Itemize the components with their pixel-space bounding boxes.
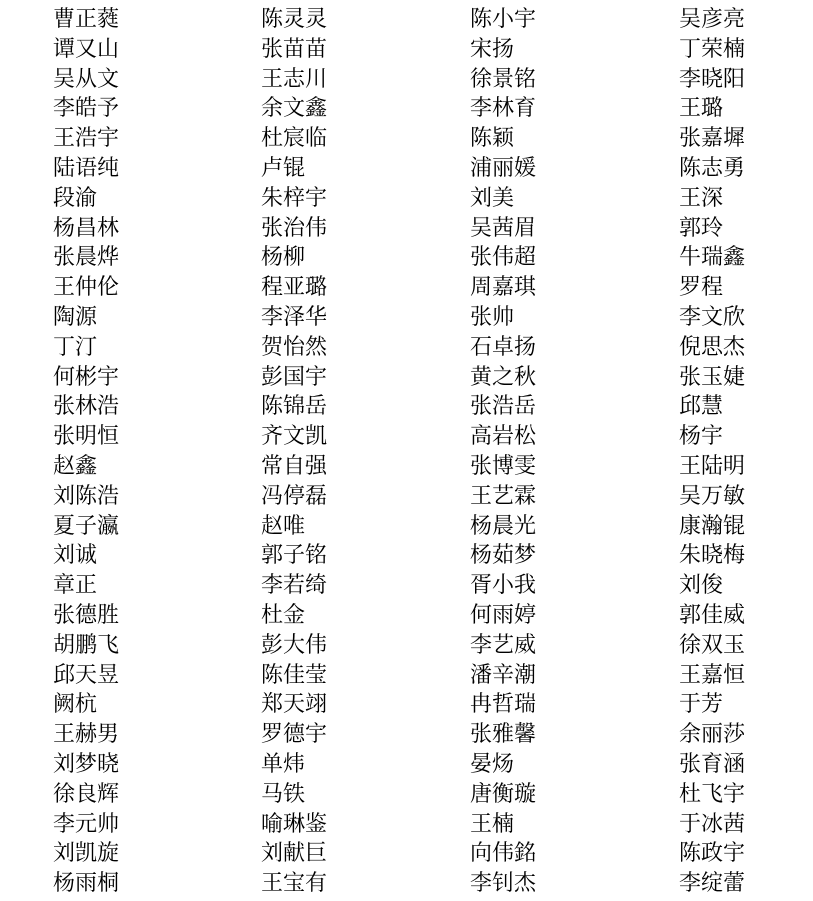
name-cell: 李元帅 [53, 810, 119, 840]
name-cell: 张德胜 [53, 601, 119, 631]
name-row: 丁汀贺怡然石卓扬倪思杰 [0, 333, 813, 363]
name-cell: 杨晨光 [470, 512, 536, 542]
name-cell: 张雅馨 [470, 720, 536, 750]
name-cell: 常自强 [261, 452, 327, 482]
name-cell: 张林浩 [53, 392, 119, 422]
name-row: 何彬宇彭国宇黄之秋张玉婕 [0, 363, 813, 393]
name-cell: 郑天翊 [261, 690, 327, 720]
name-cell: 余文鑫 [261, 94, 327, 124]
name-cell: 王志川 [261, 65, 327, 95]
name-cell: 马铁 [261, 780, 305, 810]
name-cell: 刘献巨 [261, 839, 327, 869]
name-cell: 冉哲瑞 [470, 690, 536, 720]
name-cell: 刘诚 [53, 541, 97, 571]
name-cell: 王楠 [470, 810, 514, 840]
name-cell: 杨雨桐 [53, 869, 119, 899]
name-row: 夏子瀛赵唯杨晨光康瀚锟 [0, 512, 813, 542]
name-row: 陆语纯卢锟浦丽媛陈志勇 [0, 154, 813, 184]
name-cell: 阙杭 [53, 690, 97, 720]
name-row: 张德胜杜金何雨婷郭佳威 [0, 601, 813, 631]
name-cell: 陈政宇 [679, 839, 745, 869]
name-cell: 罗德宇 [261, 720, 327, 750]
name-cell: 单炜 [261, 750, 305, 780]
name-row: 杨雨桐王宝有李钊杰李绽蕾 [0, 869, 813, 899]
name-cell: 谭又山 [53, 35, 119, 65]
name-cell: 杨昌林 [53, 214, 119, 244]
name-cell: 张晨烨 [53, 243, 119, 273]
name-cell: 向伟銘 [470, 839, 536, 869]
name-cell: 胥小我 [470, 571, 536, 601]
name-cell: 张浩岳 [470, 392, 536, 422]
name-list-grid: 曹正蕤陈灵灵陈小宇吴彦亮谭又山张苗苗宋扬丁荣楠吴从文王志川徐景铭李晓阳李皓予余文… [0, 5, 813, 899]
name-cell: 段渝 [53, 184, 97, 214]
name-row: 刘梦晓单炜晏炀张育涵 [0, 750, 813, 780]
name-cell: 何彬宇 [53, 363, 119, 393]
name-cell: 倪思杰 [679, 333, 745, 363]
name-cell: 王宝有 [261, 869, 327, 899]
name-cell: 陆语纯 [53, 154, 119, 184]
name-cell: 王陆明 [679, 452, 745, 482]
name-cell: 王仲伦 [53, 273, 119, 303]
name-cell: 徐景铭 [470, 65, 536, 95]
name-cell: 陶源 [53, 303, 97, 333]
name-cell: 王璐 [679, 94, 723, 124]
name-cell: 潘辛潮 [470, 661, 536, 691]
name-row: 张林浩陈锦岳张浩岳邱慧 [0, 392, 813, 422]
name-cell: 刘俊 [679, 571, 723, 601]
name-cell: 石卓扬 [470, 333, 536, 363]
name-cell: 杨宇 [679, 422, 723, 452]
name-cell: 康瀚锟 [679, 512, 745, 542]
name-cell: 唐衡璇 [470, 780, 536, 810]
name-cell: 浦丽媛 [470, 154, 536, 184]
name-row: 刘诚郭子铭杨茹梦朱晓梅 [0, 541, 813, 571]
name-cell: 李艺威 [470, 631, 536, 661]
name-cell: 张帅 [470, 303, 514, 333]
name-cell: 彭国宇 [261, 363, 327, 393]
name-cell: 陈锦岳 [261, 392, 327, 422]
name-cell: 郭佳威 [679, 601, 745, 631]
name-cell: 陈佳莹 [261, 661, 327, 691]
name-cell: 黄之秋 [470, 363, 536, 393]
name-cell: 李林育 [470, 94, 536, 124]
name-cell: 李若绮 [261, 571, 327, 601]
name-cell: 徐双玉 [679, 631, 745, 661]
name-cell: 张明恒 [53, 422, 119, 452]
name-cell: 郭子铭 [261, 541, 327, 571]
name-cell: 吴从文 [53, 65, 119, 95]
name-cell: 杨柳 [261, 243, 305, 273]
name-cell: 宋扬 [470, 35, 514, 65]
name-cell: 李皓予 [53, 94, 119, 124]
name-cell: 贺怡然 [261, 333, 327, 363]
name-cell: 朱晓梅 [679, 541, 745, 571]
name-cell: 高岩松 [470, 422, 536, 452]
name-cell: 郭玲 [679, 214, 723, 244]
name-row: 张明恒齐文凯高岩松杨宇 [0, 422, 813, 452]
name-cell: 李钊杰 [470, 869, 536, 899]
name-row: 李皓予余文鑫李林育王璐 [0, 94, 813, 124]
name-cell: 章正 [53, 571, 97, 601]
name-cell: 罗程 [679, 273, 723, 303]
name-row: 王赫男罗德宇张雅馨余丽莎 [0, 720, 813, 750]
name-row: 刘陈浩冯停磊王艺霖吴万敏 [0, 482, 813, 512]
name-cell: 胡鹏飞 [53, 631, 119, 661]
name-cell: 王嘉恒 [679, 661, 745, 691]
name-cell: 李文欣 [679, 303, 745, 333]
name-cell: 邱天昱 [53, 661, 119, 691]
name-cell: 余丽莎 [679, 720, 745, 750]
name-cell: 王赫男 [53, 720, 119, 750]
name-row: 李元帅喻琳鉴王楠于冰茜 [0, 810, 813, 840]
name-row: 王仲伦程亚璐周嘉琪罗程 [0, 273, 813, 303]
name-cell: 张伟超 [470, 243, 536, 273]
name-cell: 陈颖 [470, 124, 514, 154]
name-cell: 张苗苗 [261, 35, 327, 65]
name-cell: 陈灵灵 [261, 5, 327, 35]
name-cell: 杜飞宇 [679, 780, 745, 810]
name-cell: 王深 [679, 184, 723, 214]
name-cell: 张玉婕 [679, 363, 745, 393]
name-cell: 周嘉琪 [470, 273, 536, 303]
name-cell: 彭大伟 [261, 631, 327, 661]
name-cell: 冯停磊 [261, 482, 327, 512]
name-cell: 吴彦亮 [679, 5, 745, 35]
name-row: 谭又山张苗苗宋扬丁荣楠 [0, 35, 813, 65]
name-row: 段渝朱梓宇刘美王深 [0, 184, 813, 214]
name-cell: 刘陈浩 [53, 482, 119, 512]
name-cell: 陈志勇 [679, 154, 745, 184]
name-cell: 夏子瀛 [53, 512, 119, 542]
name-cell: 于芳 [679, 690, 723, 720]
name-cell: 吴万敏 [679, 482, 745, 512]
name-row: 阙杭郑天翊冉哲瑞于芳 [0, 690, 813, 720]
name-cell: 刘梦晓 [53, 750, 119, 780]
name-cell: 晏炀 [470, 750, 514, 780]
name-row: 王浩宇杜宸临陈颖张嘉墀 [0, 124, 813, 154]
name-cell: 丁荣楠 [679, 35, 745, 65]
name-cell: 于冰茜 [679, 810, 745, 840]
name-cell: 何雨婷 [470, 601, 536, 631]
name-row: 徐良辉马铁唐衡璇杜飞宇 [0, 780, 813, 810]
name-row: 曹正蕤陈灵灵陈小宇吴彦亮 [0, 5, 813, 35]
name-row: 张晨烨杨柳张伟超牛瑞鑫 [0, 243, 813, 273]
name-row: 胡鹏飞彭大伟李艺威徐双玉 [0, 631, 813, 661]
name-cell: 曹正蕤 [53, 5, 119, 35]
name-cell: 陈小宇 [470, 5, 536, 35]
name-cell: 王艺霖 [470, 482, 536, 512]
name-cell: 吴茜眉 [470, 214, 536, 244]
name-cell: 朱梓宇 [261, 184, 327, 214]
name-row: 章正李若绮胥小我刘俊 [0, 571, 813, 601]
name-cell: 王浩宇 [53, 124, 119, 154]
name-cell: 徐良辉 [53, 780, 119, 810]
name-cell: 齐文凯 [261, 422, 327, 452]
name-cell: 杜金 [261, 601, 305, 631]
name-row: 陶源李泽华张帅李文欣 [0, 303, 813, 333]
name-cell: 张嘉墀 [679, 124, 745, 154]
name-cell: 张治伟 [261, 214, 327, 244]
name-row: 吴从文王志川徐景铭李晓阳 [0, 65, 813, 95]
name-cell: 卢锟 [261, 154, 305, 184]
name-cell: 杜宸临 [261, 124, 327, 154]
name-row: 邱天昱陈佳莹潘辛潮王嘉恒 [0, 661, 813, 691]
name-cell: 李晓阳 [679, 65, 745, 95]
name-cell: 张博雯 [470, 452, 536, 482]
name-cell: 刘美 [470, 184, 514, 214]
name-cell: 赵鑫 [53, 452, 97, 482]
name-row: 赵鑫常自强张博雯王陆明 [0, 452, 813, 482]
name-cell: 刘凯旋 [53, 839, 119, 869]
name-cell: 杨茹梦 [470, 541, 536, 571]
name-cell: 喻琳鉴 [261, 810, 327, 840]
name-cell: 邱慧 [679, 392, 723, 422]
name-cell: 丁汀 [53, 333, 97, 363]
name-cell: 张育涵 [679, 750, 745, 780]
name-row: 刘凯旋刘献巨向伟銘陈政宇 [0, 839, 813, 869]
name-row: 杨昌林张治伟吴茜眉郭玲 [0, 214, 813, 244]
name-cell: 赵唯 [261, 512, 305, 542]
name-cell: 程亚璐 [261, 273, 327, 303]
name-cell: 李泽华 [261, 303, 327, 333]
name-cell: 牛瑞鑫 [679, 243, 745, 273]
name-cell: 李绽蕾 [679, 869, 745, 899]
